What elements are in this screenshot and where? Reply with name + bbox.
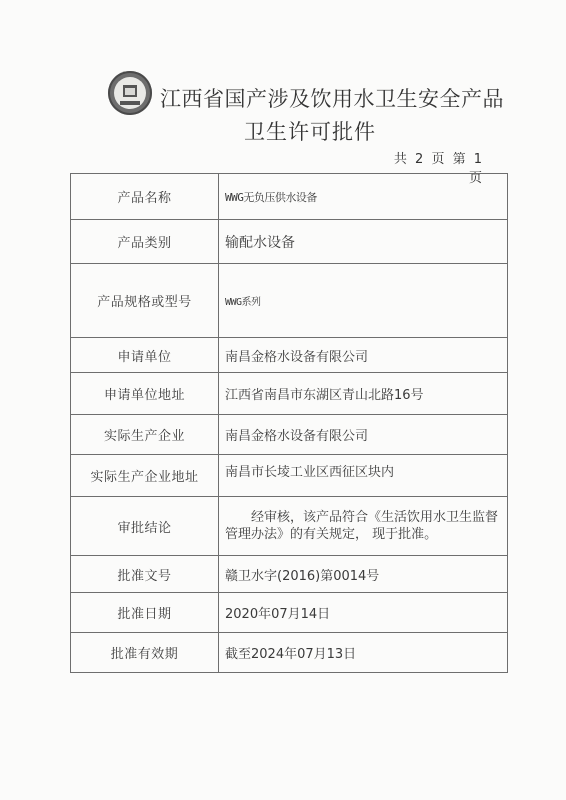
row-label: 批准文号 bbox=[71, 556, 219, 593]
validity-period-value: 截至2024年07月13日 bbox=[219, 633, 508, 673]
document-subtitle: 卫生许可批件 bbox=[160, 116, 460, 146]
manufacturer-value: 南昌金格水设备有限公司 bbox=[219, 415, 508, 455]
table-row: 实际生产企业 南昌金格水设备有限公司 bbox=[71, 415, 508, 455]
approval-date-value: 2020年07月14日 bbox=[219, 593, 508, 633]
product-name-value: WWG无负压供水设备 bbox=[219, 174, 508, 220]
approval-number-value: 赣卫水字(2016)第0014号 bbox=[219, 556, 508, 593]
table-row: 批准日期 2020年07月14日 bbox=[71, 593, 508, 633]
table-row: 申请单位地址 江西省南昌市东湖区青山北路16号 bbox=[71, 373, 508, 415]
applicant-value: 南昌金格水设备有限公司 bbox=[219, 338, 508, 373]
table-row: 产品规格或型号 WWG系列 bbox=[71, 264, 508, 338]
row-label: 批准有效期 bbox=[71, 633, 219, 673]
applicant-address-value: 江西省南昌市东湖区青山北路16号 bbox=[219, 373, 508, 415]
permit-table: 产品名称 WWG无负压供水设备 产品类别 输配水设备 产品规格或型号 WWG系列… bbox=[70, 173, 508, 673]
row-label: 产品名称 bbox=[71, 174, 219, 220]
row-label: 产品规格或型号 bbox=[71, 264, 219, 338]
product-category-value: 输配水设备 bbox=[219, 220, 508, 264]
emblem-gate bbox=[123, 85, 137, 97]
manufacturer-address-value: 南昌市长堎工业区西征区块内 bbox=[219, 455, 508, 497]
row-label: 申请单位 bbox=[71, 338, 219, 373]
table-row: 审批结论 经审核，该产品符合《生活饮用水卫生监督管理办法》的有关规定， 现于批准… bbox=[71, 497, 508, 556]
row-label: 实际生产企业 bbox=[71, 415, 219, 455]
emblem-icon bbox=[108, 71, 152, 115]
row-label: 批准日期 bbox=[71, 593, 219, 633]
emblem-base bbox=[120, 101, 140, 105]
table-row: 批准有效期 截至2024年07月13日 bbox=[71, 633, 508, 673]
document-title: 江西省国产涉及饮用水卫生安全产品 bbox=[160, 83, 460, 113]
row-label: 申请单位地址 bbox=[71, 373, 219, 415]
table-row: 产品名称 WWG无负压供水设备 bbox=[71, 174, 508, 220]
row-label: 实际生产企业地址 bbox=[71, 455, 219, 497]
row-label: 产品类别 bbox=[71, 220, 219, 264]
table-row: 申请单位 南昌金格水设备有限公司 bbox=[71, 338, 508, 373]
product-model-value: WWG系列 bbox=[219, 264, 508, 338]
row-label: 审批结论 bbox=[71, 497, 219, 556]
table-row: 批准文号 赣卫水字(2016)第0014号 bbox=[71, 556, 508, 593]
table-row: 产品类别 输配水设备 bbox=[71, 220, 508, 264]
table-row: 实际生产企业地址 南昌市长堎工业区西征区块内 bbox=[71, 455, 508, 497]
approval-conclusion-value: 经审核，该产品符合《生活饮用水卫生监督管理办法》的有关规定， 现于批准。 bbox=[219, 497, 508, 556]
